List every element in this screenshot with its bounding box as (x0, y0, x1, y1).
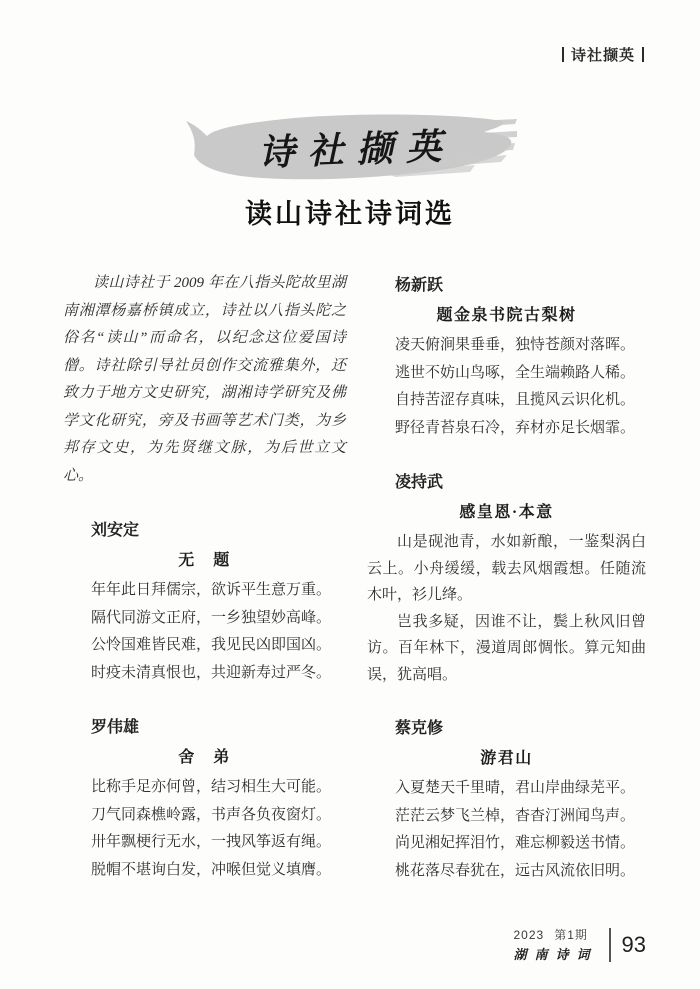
poem-section-luoweixiong: 罗伟雄 舍 弟 比称手足亦何曾，结习相生大可能。 刀气同森樵岭露，书声各负夜窗灯… (63, 714, 346, 884)
poem-line: 时疫未清真恨也，共迎新寿过严冬。 (91, 660, 346, 688)
page-number: 93 (622, 932, 646, 958)
poem-section-liuanding: 刘安定 无 题 年年此日拜儒宗，欲诉平生意万重。 隔代同游文正府，一乡独望妙高峰… (63, 517, 346, 687)
page-title: 读山诗社诗词选 (0, 192, 700, 231)
poem-title: 舍 弟 (63, 744, 346, 767)
poem-title: 游君山 (367, 745, 646, 768)
poem-author: 凌持武 (395, 469, 646, 492)
journal-name: 湖南诗词 (514, 944, 598, 963)
poem-line: 尚见湘妃挥泪竹，难忘柳毅送书情。 (395, 830, 646, 858)
section-banner: 诗社撷英 (183, 110, 517, 190)
poem-line: 隔代同游文正府，一乡独望妙高峰。 (91, 605, 346, 633)
poem-line: 公怜国难皆民难，我见民凶即国凶。 (91, 632, 346, 660)
ci-stanza: 岂我多疑，因谁不让，鬓上秋风旧曾访。百年林下，漫道周郎惆怅。算元知曲误，犹高唱。 (367, 609, 646, 689)
poem-author: 蔡克修 (395, 715, 646, 738)
poem-line: 入夏楚天千里晴，君山岸曲绿芜平。 (395, 775, 646, 803)
running-head-label: 诗社撷英 (571, 44, 635, 65)
left-column: 读山诗社于 2009 年在八指头陀故里湖南湘潭杨嘉桥镇成立，诗社以八指头陀之俗名… (63, 270, 346, 884)
poem-section-lingchiwu: 凌持武 感皇恩·本意 山是砚池青，水如新酿，一鉴梨涡白云上。小舟缓缓，载去风烟霞… (367, 469, 646, 688)
page-footer: 2023第1期 湖南诗词 93 (514, 926, 647, 963)
poem-line: 茫茫云梦飞兰棹，杳杳汀洲闻鸟声。 (395, 803, 646, 831)
poem-author: 罗伟雄 (91, 714, 346, 737)
poem-line: 逃世不妨山鸟啄，全生端赖路人稀。 (395, 360, 646, 388)
poem-title: 题金泉书院古梨树 (367, 302, 646, 325)
issue-line: 2023第1期 (514, 926, 598, 943)
right-column: 杨新跃 题金泉书院古梨树 凌天俯涧果垂垂，独恃苍颜对落晖。 逃世不妨山鸟啄，全生… (367, 270, 646, 885)
poem-author: 杨新跃 (395, 272, 646, 295)
header-bar-left-icon (562, 47, 564, 62)
poem-line: 脱帽不堪询白发，冲喉但觉义填膺。 (91, 857, 346, 885)
magazine-page: 诗社撷英 诗社撷英 读山诗社诗词选 读山诗社于 2009 年在八指头陀故里湖南湘… (0, 0, 700, 989)
poem-line: 刀气同森樵岭露，书声各负夜窗灯。 (91, 802, 346, 830)
poem-author: 刘安定 (91, 517, 346, 540)
poem-line: 卅年飘梗行无水，一拽风筝返有绳。 (91, 829, 346, 857)
issue-number: 第1期 (554, 928, 588, 942)
issue-year: 2023 (514, 928, 545, 942)
society-intro-paragraph: 读山诗社于 2009 年在八指头陀故里湖南湘潭杨嘉桥镇成立，诗社以八指头陀之俗名… (63, 270, 346, 490)
poem-section-yangxinyue: 杨新跃 题金泉书院古梨树 凌天俯涧果垂垂，独恃苍颜对落晖。 逃世不妨山鸟啄，全生… (367, 272, 646, 442)
poem-title: 感皇恩·本意 (367, 499, 646, 522)
footer-divider (609, 928, 611, 962)
poem-line: 凌天俯涧果垂垂，独恃苍颜对落晖。 (395, 332, 646, 360)
ci-stanza: 山是砚池青，水如新酿，一鉴梨涡白云上。小舟缓缓，载去风烟霞想。任随流木叶，衫儿绛… (367, 529, 646, 609)
poem-line: 野径青苔泉石冷，弃材亦足长烟霏。 (395, 415, 646, 443)
issue-block: 2023第1期 湖南诗词 (514, 926, 598, 963)
poem-line: 年年此日拜儒宗，欲诉平生意万重。 (91, 577, 346, 605)
poem-line: 比称手足亦何曾，结习相生大可能。 (91, 774, 346, 802)
running-head: 诗社撷英 (562, 44, 644, 65)
poem-title: 无 题 (63, 547, 346, 570)
header-bar-right-icon (642, 47, 644, 62)
poem-line: 自持苦涩存真味，且揽风云识化机。 (395, 387, 646, 415)
poem-line: 桃花落尽春犹在，远古风流依旧明。 (395, 858, 646, 886)
poem-section-caikexiu: 蔡克修 游君山 入夏楚天千里晴，君山岸曲绿芜平。 茫茫云梦飞兰棹，杳杳汀洲闻鸟声… (367, 715, 646, 885)
